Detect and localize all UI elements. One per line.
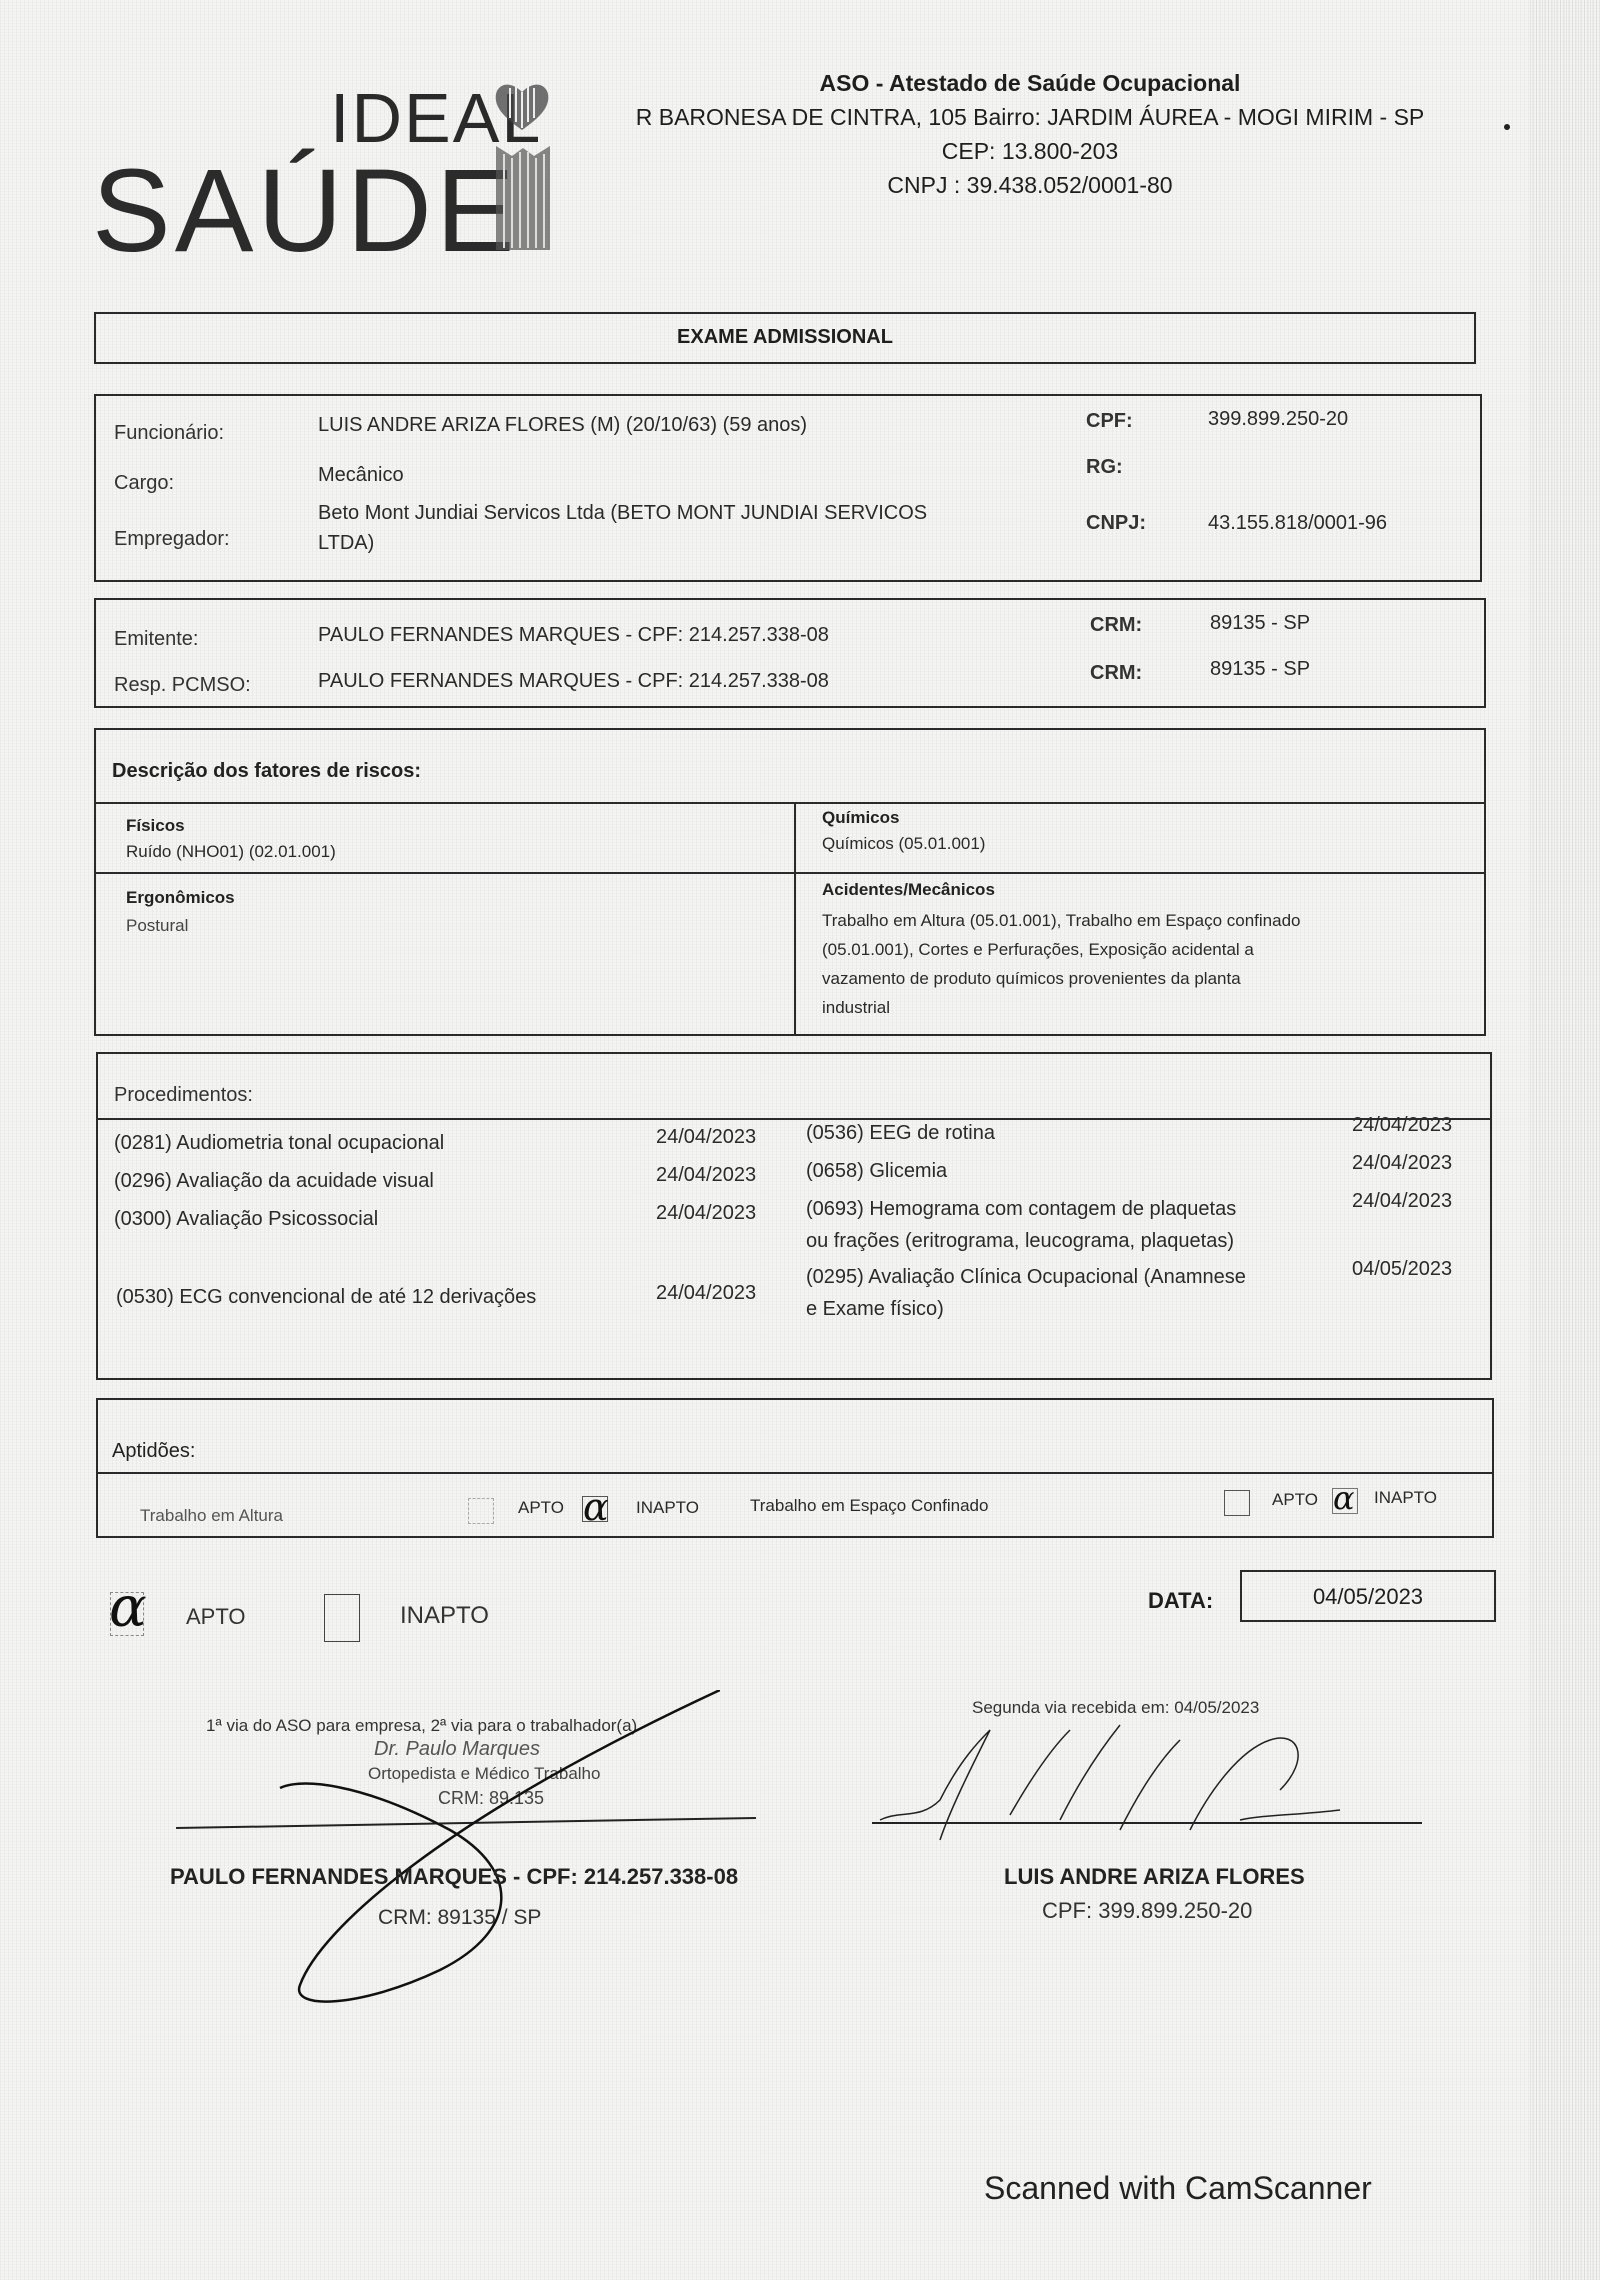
check-mark-icon: α [109, 1575, 147, 1640]
acidentes-title: Acidentes/Mecânicos [822, 880, 995, 900]
quimicos-title: Químicos [822, 808, 899, 828]
procedure-date: 24/04/2023 [656, 1282, 756, 1305]
acidentes-line: Trabalho em Altura (05.01.001), Trabalho… [822, 906, 1462, 935]
clinic-cnpj: CNPJ : 39.438.052/0001-80 [600, 168, 1460, 202]
procedure-item-cont: ou frações (eritrograma, leucograma, pla… [806, 1230, 1234, 1253]
procedure-item: (0536) EEG de rotina [806, 1122, 995, 1145]
procedure-date: 24/04/2023 [1352, 1114, 1452, 1137]
procedure-date: 24/04/2023 [1352, 1190, 1452, 1213]
crm-label-1: CRM: [1090, 614, 1142, 637]
empregador-value-line2: LTDA) [318, 532, 374, 555]
cnpj-label: CNPJ: [1086, 512, 1146, 535]
camscanner-watermark: Scanned with CamScanner [984, 2170, 1372, 2207]
procedure-date: 24/04/2023 [1352, 1152, 1452, 1175]
result-apto-label: APTO [186, 1604, 246, 1630]
altura-apto-checkbox[interactable] [468, 1498, 494, 1524]
confinado-apto-label: APTO [1272, 1490, 1318, 1510]
aptidoes-title: Aptidões: [112, 1440, 195, 1463]
emitente-value: PAULO FERNANDES MARQUES - CPF: 214.257.3… [318, 624, 829, 647]
procedures-title: Procedimentos: [114, 1084, 253, 1107]
procedures-box: Procedimentos: (0281) Audiometria tonal … [96, 1052, 1492, 1380]
acidentes-line: vazamento de produto químicos provenient… [822, 964, 1462, 993]
data-field: 04/05/2023 [1240, 1570, 1496, 1622]
procedure-date: 24/04/2023 [656, 1202, 756, 1225]
cargo-value: Mecânico [318, 464, 404, 487]
document-header: ASO - Atestado de Saúde Ocupacional R BA… [600, 66, 1460, 202]
altura-apto-label: APTO [518, 1498, 564, 1518]
clinic-address: R BARONESA DE CINTRA, 105 Bairro: JARDIM… [600, 100, 1460, 134]
altura-inapto-label: INAPTO [636, 1498, 699, 1518]
procedure-item: (0530) ECG convencional de até 12 deriva… [116, 1286, 536, 1309]
fisicos-value: Ruído (NHO01) (02.01.001) [126, 842, 336, 862]
altura-label: Trabalho em Altura [140, 1506, 283, 1526]
empregador-value-line1: Beto Mont Jundiai Servicos Ltda (BETO MO… [318, 502, 927, 525]
risks-box: Descrição dos fatores de riscos: Físicos… [94, 728, 1486, 1036]
worker-signature [860, 1720, 1420, 1850]
confinado-inapto-label: INAPTO [1374, 1488, 1437, 1508]
received-note: Segunda via recebida em: 04/05/2023 [972, 1698, 1259, 1718]
divider [96, 872, 1484, 874]
divider [98, 1472, 1492, 1474]
crm-label-2: CRM: [1090, 662, 1142, 685]
result-apto-checkbox[interactable]: α [110, 1592, 144, 1636]
altura-inapto-checkbox[interactable]: α [582, 1496, 608, 1522]
data-value: 04/05/2023 [1242, 1584, 1494, 1610]
resp-pcmso-label: Resp. PCMSO: [114, 674, 251, 697]
funcionario-value: LUIS ANDRE ARIZA FLORES (M) (20/10/63) (… [318, 414, 807, 437]
quimicos-value: Químicos (05.01.001) [822, 834, 985, 854]
confinado-label: Trabalho em Espaço Confinado [750, 1496, 988, 1516]
procedure-item: (0281) Audiometria tonal ocupacional [114, 1132, 444, 1155]
stray-dot [1504, 124, 1510, 130]
doctor-line: PAULO FERNANDES MARQUES - CPF: 214.257.3… [170, 1864, 738, 1890]
doctor-crm: CRM: 89135 / SP [378, 1906, 541, 1930]
confinado-inapto-checkbox[interactable]: α [1332, 1488, 1358, 1514]
divider [98, 1118, 1490, 1120]
procedure-date: 04/05/2023 [1352, 1258, 1452, 1281]
person-icon [490, 142, 556, 252]
divider [96, 802, 1484, 804]
empregador-label: Empregador: [114, 528, 230, 551]
procedure-item: (0693) Hemograma com contagem de plaquet… [806, 1198, 1236, 1221]
exam-type-box: EXAME ADMISSIONAL [94, 312, 1476, 364]
procedure-item: (0296) Avaliação da acuidade visual [114, 1170, 434, 1193]
cpf-value: 399.899.250-20 [1208, 408, 1348, 431]
risks-title: Descrição dos fatores de riscos: [112, 760, 421, 783]
procedure-item-cont: e Exame físico) [806, 1298, 944, 1321]
check-mark-icon: α [583, 1485, 609, 1529]
procedure-item: (0658) Glicemia [806, 1160, 947, 1183]
worker-name: LUIS ANDRE ARIZA FLORES [1004, 1864, 1305, 1890]
fisicos-title: Físicos [126, 816, 185, 836]
data-label: DATA: [1148, 1588, 1213, 1614]
acidentes-line: industrial [822, 993, 1462, 1022]
logo-saude-text: SAÚDE [92, 152, 519, 270]
exam-type: EXAME ADMISSIONAL [96, 326, 1474, 349]
confinado-apto-checkbox[interactable] [1224, 1490, 1250, 1516]
ergonomicos-value: Postural [126, 916, 188, 936]
procedure-item: (0295) Avaliação Clínica Ocupacional (An… [806, 1266, 1246, 1289]
cargo-label: Cargo: [114, 472, 174, 495]
aptidoes-box: Aptidões: Trabalho em Altura APTO α INAP… [96, 1398, 1494, 1538]
result-inapto-checkbox[interactable] [324, 1594, 360, 1642]
procedure-date: 24/04/2023 [656, 1126, 756, 1149]
clinic-cep: CEP: 13.800-203 [600, 134, 1460, 168]
employee-box: Funcionário: LUIS ANDRE ARIZA FLORES (M)… [94, 394, 1482, 582]
heart-icon [492, 78, 552, 134]
procedure-date: 24/04/2023 [656, 1164, 756, 1187]
issuer-box: Emitente: PAULO FERNANDES MARQUES - CPF:… [94, 598, 1486, 708]
rg-label: RG: [1086, 456, 1123, 479]
emitente-label: Emitente: [114, 628, 198, 651]
doctor-signature [240, 1690, 720, 2010]
cpf-label: CPF: [1086, 410, 1133, 433]
result-inapto-label: INAPTO [400, 1602, 489, 1630]
worker-cpf: CPF: 399.899.250-20 [1042, 1898, 1252, 1924]
check-mark-icon: α [1333, 1479, 1355, 1517]
procedure-item: (0300) Avaliação Psicossocial [114, 1208, 378, 1231]
acidentes-value: Trabalho em Altura (05.01.001), Trabalho… [822, 906, 1462, 1022]
acidentes-line: (05.01.001), Cortes e Perfurações, Expos… [822, 935, 1462, 964]
scan-edge [1530, 0, 1600, 2280]
crm-value-2: 89135 - SP [1210, 658, 1310, 681]
cnpj-value: 43.155.818/0001-96 [1208, 512, 1387, 535]
crm-value-1: 89135 - SP [1210, 612, 1310, 635]
resp-pcmso-value: PAULO FERNANDES MARQUES - CPF: 214.257.3… [318, 670, 829, 693]
funcionario-label: Funcionário: [114, 422, 224, 445]
document-title: ASO - Atestado de Saúde Ocupacional [600, 66, 1460, 100]
ergonomicos-title: Ergonômicos [126, 888, 235, 908]
divider [794, 802, 796, 1034]
